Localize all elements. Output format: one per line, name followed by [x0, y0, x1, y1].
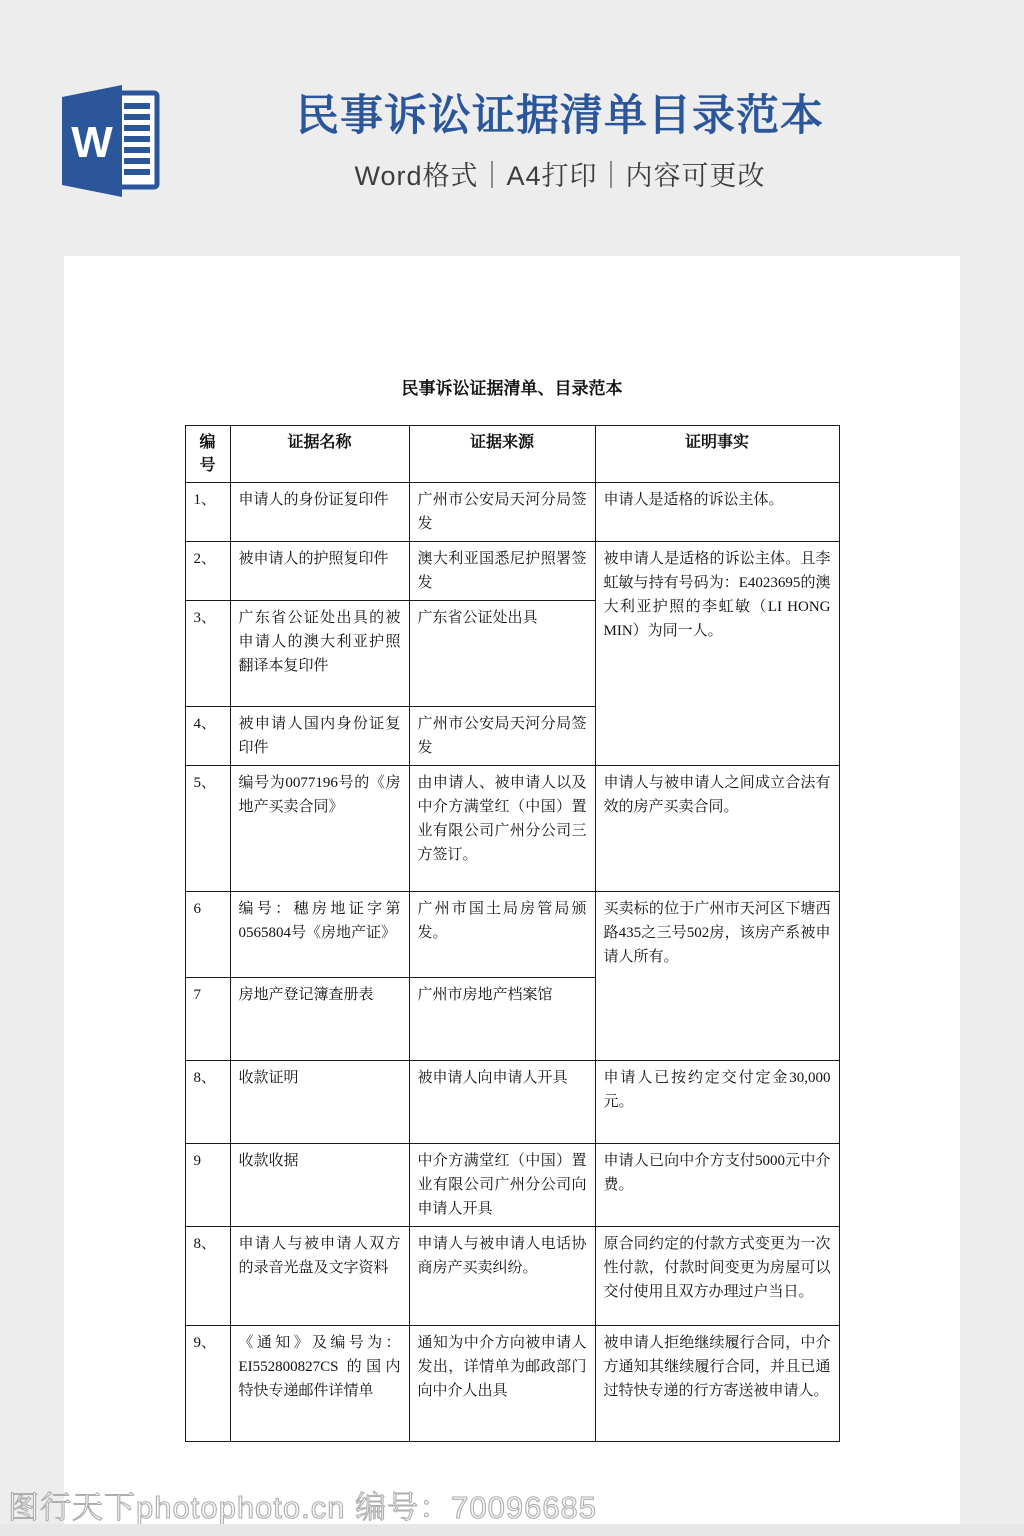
cell-fact: 申请人是适格的诉讼主体。 — [595, 483, 839, 542]
cell-name: 收款证明 — [230, 1061, 409, 1144]
table-row: 6 编号：穗房地证字第0565804号《房地产证》 广州市国土局房管局颁发。 买… — [185, 892, 839, 978]
document-title: 民事诉讼证据清单、目录范本 — [64, 374, 960, 399]
cell-source: 被申请人向申请人开具 — [409, 1061, 595, 1144]
cell-source: 广州市公安局天河分局签发 — [409, 707, 595, 766]
cell-no: 6 — [185, 892, 230, 978]
watermark-text: 图行天下photophoto.cn 编号：70096685 — [8, 1482, 597, 1527]
cell-no: 1、 — [185, 483, 230, 542]
evidence-table: 编号 证据名称 证据来源 证明事实 1、 申请人的身份证复印件 广州市公安局天河… — [185, 425, 840, 1442]
cell-no: 7 — [185, 978, 230, 1061]
cell-source: 澳大利亚国悉尼护照署签发 — [409, 542, 595, 601]
table-row: 1、 申请人的身份证复印件 广州市公安局天河分局签发 申请人是适格的诉讼主体。 — [185, 483, 839, 542]
page-root: { "header": { "title": "民事诉讼证据清单目录范本", "… — [0, 0, 1024, 1536]
cell-fact-merged: 买卖标的位于广州市天河区下塘西路435之三号502房，该房产系被申请人所有。 — [595, 892, 839, 1061]
cell-no: 9 — [185, 1144, 230, 1227]
column-header-fact: 证明事实 — [595, 426, 839, 483]
document-page: 民事诉讼证据清单、目录范本 编号 证据名称 证据来源 证明事实 1、 申请人的身… — [64, 256, 960, 1524]
cell-name: 收款收据 — [230, 1144, 409, 1227]
page-subtitle: Word格式｜A4打印｜内容可更改 — [96, 154, 1024, 193]
cell-source: 申请人与被申请人电话协商房产买卖纠纷。 — [409, 1227, 595, 1326]
column-header-source: 证据来源 — [409, 426, 595, 483]
cell-no: 8、 — [185, 1227, 230, 1326]
table-row: 5、 编号为0077196号的《房地产买卖合同》 由申请人、被申请人以及中介方满… — [185, 766, 839, 892]
cell-no: 9、 — [185, 1326, 230, 1442]
table-row: 8、 申请人与被申请人双方的录音光盘及文字资料 申请人与被申请人电话协商房产买卖… — [185, 1227, 839, 1326]
cell-fact: 被申请人拒绝继续履行合同，中介方通知其继续履行合同，并且已通过特快专递的行方寄送… — [595, 1326, 839, 1442]
cell-source: 广州市国土局房管局颁发。 — [409, 892, 595, 978]
cell-name: 房地产登记簿查册表 — [230, 978, 409, 1061]
column-header-name: 证据名称 — [230, 426, 409, 483]
cell-fact: 申请人已向中介方支付5000元中介费。 — [595, 1144, 839, 1227]
cell-source: 中介方满堂红（中国）置业有限公司广州分公司向申请人开具 — [409, 1144, 595, 1227]
header: W 民事诉讼证据清单目录范本 Word格式｜A4打印｜内容可更改 — [0, 0, 1024, 256]
cell-no: 8、 — [185, 1061, 230, 1144]
cell-source: 广州市房地产档案馆 — [409, 978, 595, 1061]
table-header-row: 编号 证据名称 证据来源 证明事实 — [185, 426, 839, 483]
cell-source: 广东省公证处出具 — [409, 601, 595, 707]
table-row: 9 收款收据 中介方满堂红（中国）置业有限公司广州分公司向申请人开具 申请人已向… — [185, 1144, 839, 1227]
cell-source: 广州市公安局天河分局签发 — [409, 483, 595, 542]
cell-name: 被申请人国内身份证复印件 — [230, 707, 409, 766]
cell-name: 编号：穗房地证字第0565804号《房地产证》 — [230, 892, 409, 978]
table-row: 2、 被申请人的护照复印件 澳大利亚国悉尼护照署签发 被申请人是适格的诉讼主体。… — [185, 542, 839, 601]
page-title: 民事诉讼证据清单目录范本 — [96, 88, 1024, 144]
cell-name: 申请人与被申请人双方的录音光盘及文字资料 — [230, 1227, 409, 1326]
bottom-strip — [0, 1524, 1024, 1536]
table-row: 8、 收款证明 被申请人向申请人开具 申请人已按约定交付定金30,000元。 — [185, 1061, 839, 1144]
cell-name: 编号为0077196号的《房地产买卖合同》 — [230, 766, 409, 892]
cell-no: 3、 — [185, 601, 230, 707]
cell-fact: 申请人已按约定交付定金30,000元。 — [595, 1061, 839, 1144]
cell-no: 4、 — [185, 707, 230, 766]
cell-name: 《通知》及编号为：EI552800827CS 的国内特快专递邮件详情单 — [230, 1326, 409, 1442]
cell-name: 申请人的身份证复印件 — [230, 483, 409, 542]
cell-fact-merged: 被申请人是适格的诉讼主体。且李虹敏与持有号码为：E4023695的澳大利亚护照的… — [595, 542, 839, 766]
cell-fact: 原合同约定的付款方式变更为一次性付款，付款时间变更为房屋可以交付使用且双方办理过… — [595, 1227, 839, 1326]
cell-fact: 申请人与被申请人之间成立合法有效的房产买卖合同。 — [595, 766, 839, 892]
table-row: 9、 《通知》及编号为：EI552800827CS 的国内特快专递邮件详情单 通… — [185, 1326, 839, 1442]
column-header-no: 编号 — [185, 426, 230, 483]
cell-no: 5、 — [185, 766, 230, 892]
cell-no: 2、 — [185, 542, 230, 601]
cell-name: 广东省公证处出具的被申请人的澳大利亚护照翻译本复印件 — [230, 601, 409, 707]
cell-source: 通知为中介方向被申请人发出，详情单为邮政部门向中介人出具 — [409, 1326, 595, 1442]
header-text-block: 民事诉讼证据清单目录范本 Word格式｜A4打印｜内容可更改 — [96, 88, 1024, 193]
cell-name: 被申请人的护照复印件 — [230, 542, 409, 601]
cell-source: 由申请人、被申请人以及中介方满堂红（中国）置业有限公司广州分公司三方签订。 — [409, 766, 595, 892]
